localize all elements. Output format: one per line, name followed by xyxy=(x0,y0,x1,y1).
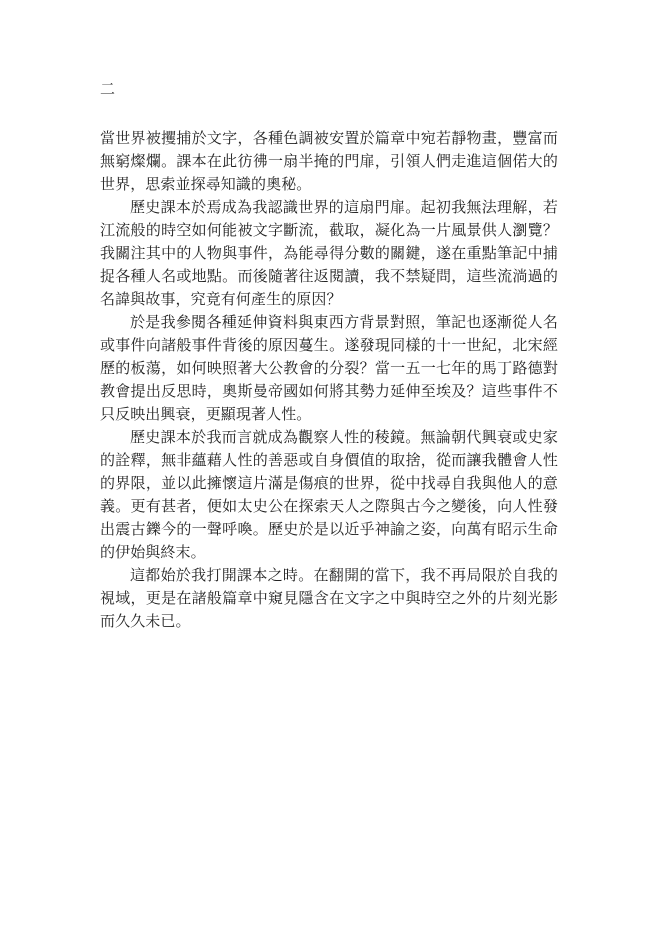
essay-body: 當世界被攫捕於文字，各種色調被安置於篇章中宛若靜物畫，豐富而無窮燦爛。課本在此彷… xyxy=(100,127,558,633)
section-heading: 二 xyxy=(100,80,115,98)
document-page: 二 當世界被攫捕於文字，各種色調被安置於篇章中宛若靜物畫，豐富而無窮燦爛。課本在… xyxy=(0,0,656,928)
paragraph-prism-of-humanity: 歷史課本於我而言就成為觀察人性的稜鏡。無論朝代興衰或史家的詮釋，無非蘊藉人性的善… xyxy=(100,426,558,564)
paragraph-intro: 當世界被攫捕於文字，各種色調被安置於篇章中宛若靜物畫，豐富而無窮燦爛。課本在此彷… xyxy=(100,127,558,196)
paragraph-conclusion: 這都始於我打開課本之時。在翻開的當下，我不再局限於自我的視域，更是在諸般篇章中窺… xyxy=(100,564,558,633)
paragraph-history-textbook: 歷史課本於焉成為我認識世界的這扇門扉。起初我無法理解，若江流般的時空如何能被文字… xyxy=(100,196,558,311)
paragraph-comparative-research: 於是我參閱各種延伸資料與東西方背景對照，筆記也逐漸從人名或事件向諸般事件背後的原… xyxy=(100,311,558,426)
